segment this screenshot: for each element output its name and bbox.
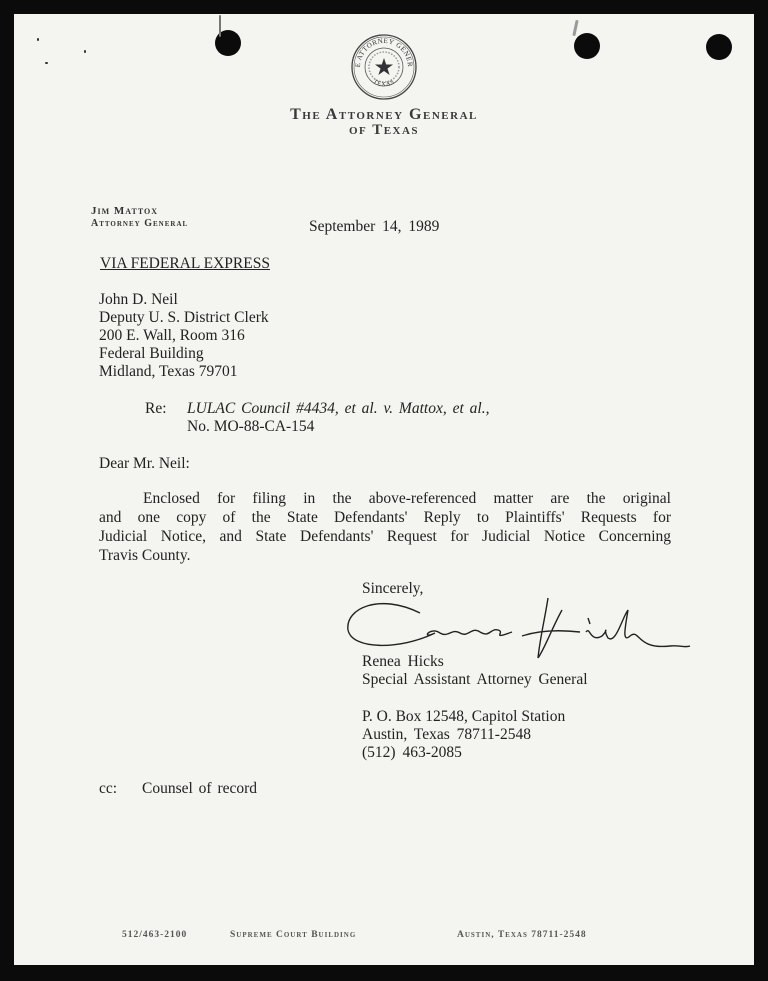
case-name: LULAC Council #4434, et al. v. Mattox, e… <box>187 400 489 419</box>
body-line: and one copy of the State Defendants' Re… <box>99 508 671 527</box>
footer-building: Supreme Court Building <box>230 930 356 940</box>
signer-title: Special Assistant Attorney General <box>362 671 588 690</box>
svg-text:THE ATTORNEY GENERAL: THE ATTORNEY GENERAL <box>350 33 414 67</box>
sender-address-line: Austin, Texas 78711-2548 <box>362 726 531 745</box>
cc-value: Counsel of record <box>142 780 257 799</box>
case-number: No. MO-88-CA-154 <box>187 418 314 437</box>
star-icon <box>375 58 393 75</box>
speck <box>45 62 48 64</box>
staple-mark <box>219 15 221 37</box>
signer-name: Renea Hicks <box>362 653 444 672</box>
punch-hole <box>574 33 600 59</box>
punch-hole <box>706 34 732 60</box>
cc-label: cc: <box>99 780 117 799</box>
re-label: Re: <box>145 400 167 419</box>
footer-city: Austin, Texas 78711-2548 <box>457 930 587 940</box>
letter-date: September 14, 1989 <box>309 218 439 237</box>
sender-address-line: P. O. Box 12548, Capitol Station <box>362 708 565 727</box>
body-line: Judicial Notice, and State Defendants' R… <box>99 527 671 546</box>
recipient-line: Federal Building <box>99 345 204 364</box>
sender-phone: (512) 463-2085 <box>362 744 462 763</box>
attorney-general-seal: THE ATTORNEY GENERAL TEXAS <box>350 33 418 101</box>
footer-phone: 512/463-2100 <box>122 930 187 940</box>
recipient-line: Midland, Texas 79701 <box>99 363 238 382</box>
recipient-line: 200 E. Wall, Room 316 <box>99 327 245 346</box>
speck <box>84 50 86 53</box>
svg-text:TEXAS: TEXAS <box>372 79 396 88</box>
official-title: Attorney General <box>91 218 188 229</box>
speck <box>37 38 39 41</box>
body-line: Travis County. <box>99 546 671 565</box>
salutation: Dear Mr. Neil: <box>99 455 190 474</box>
letter-body: Enclosed for filing in the above-referen… <box>99 489 671 565</box>
body-line: Enclosed for filing in the above-referen… <box>99 489 671 508</box>
delivery-method: VIA FEDERAL EXPRESS <box>100 255 270 274</box>
recipient-line: John D. Neil <box>99 291 178 310</box>
official-name: Jim Mattox <box>91 205 158 217</box>
recipient-line: Deputy U. S. District Clerk <box>99 309 269 328</box>
letterhead-subtitle: of Texas <box>0 122 768 139</box>
